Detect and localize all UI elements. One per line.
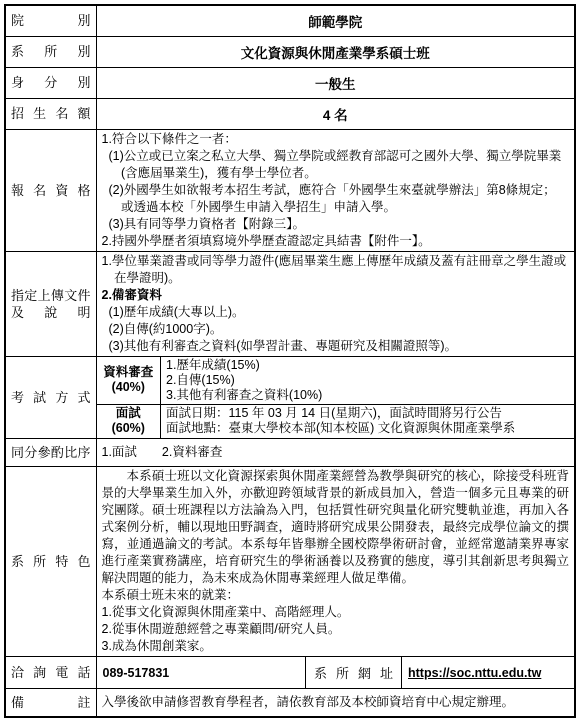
qualification-label: 報名資格 bbox=[5, 129, 96, 251]
features-paragraph: 本系碩士班以文化資源探索與休閒產業經營為教學與研究的核心，除接受科班背景的大學畢… bbox=[102, 468, 570, 587]
quota-value: 4 名 bbox=[96, 98, 575, 129]
contact-subtable: 089-517831 系所網址 https://soc.nttu.edu.tw bbox=[97, 657, 575, 688]
admission-table: 院別 師範學院 系所別 文化資源與休閒產業學系碩士班 身分別 一般生 招生名額 … bbox=[4, 4, 576, 718]
upload-documents-label: 指定上傳文件 及說明 bbox=[5, 251, 96, 356]
row-exam-method: 考試方式 資料審查 (40%) 1.歷年成績(15%) 2.自傳(15%) 3.… bbox=[5, 356, 575, 439]
features-label: 系所特色 bbox=[5, 467, 96, 657]
exam-interview-subrow: 面試 (60%) 面試日期：115 年 03 月 14 日(星期六)，面試時間將… bbox=[97, 404, 575, 438]
qualification-text: 1.符合以下條件之一者： (1)公立或已立案之私立大學、獨立學院或經教育部認可之… bbox=[102, 131, 570, 250]
row-department: 系所別 文化資源與休閒產業學系碩士班 bbox=[5, 36, 575, 67]
row-upload-documents: 指定上傳文件 及說明 1.學位畢業證書或同等學力證件(應屆畢業生應上傳歷年成績及… bbox=[5, 251, 575, 356]
remarks-text: 入學後欲申請修習教育學程者，請依教育部及本校師資培育中心規定辦理。 bbox=[96, 689, 575, 717]
website-label: 系所網址 bbox=[306, 657, 402, 688]
exam-method-label: 考試方式 bbox=[5, 356, 96, 439]
exam-method-cell: 資料審查 (40%) 1.歷年成績(15%) 2.自傳(15%) 3.其他有利審… bbox=[96, 356, 575, 439]
exam-method-subtable: 資料審查 (40%) 1.歷年成績(15%) 2.自傳(15%) 3.其他有利審… bbox=[97, 357, 575, 439]
department-value: 文化資源與休閒產業學系碩士班 bbox=[96, 36, 575, 67]
row-features: 系所特色 本系碩士班以文化資源探索與休閒產業經營為教學與研究的核心，除接受科班背… bbox=[5, 467, 575, 657]
exam-interview-weight-label: 面試 (60%) bbox=[97, 404, 161, 438]
identity-value: 一般生 bbox=[96, 67, 575, 98]
exam-interview-info: 面試日期：115 年 03 月 14 日(星期六)，面試時間將另行公告 面試地點… bbox=[161, 404, 575, 438]
college-label: 院別 bbox=[5, 5, 96, 36]
contact-phone-value: 089-517831 bbox=[97, 657, 306, 688]
row-college: 院別 師範學院 bbox=[5, 5, 575, 36]
admission-info-sheet: 院別 師範學院 系所別 文化資源與休閒產業學系碩士班 身分別 一般生 招生名額 … bbox=[0, 0, 580, 700]
exam-review-subrow: 資料審查 (40%) 1.歷年成績(15%) 2.自傳(15%) 3.其他有利審… bbox=[97, 357, 575, 405]
college-value: 師範學院 bbox=[96, 5, 575, 36]
contact-phone-label: 洽詢電話 bbox=[5, 657, 96, 689]
row-contact: 洽詢電話 089-517831 系所網址 https://soc.nttu.ed… bbox=[5, 657, 575, 689]
features-careers-title: 本系碩士班未來的就業： bbox=[102, 587, 570, 604]
exam-review-items: 1.歷年成績(15%) 2.自傳(15%) 3.其他有利審查之資料(10%) bbox=[161, 357, 575, 405]
tiebreak-label: 同分參酌比序 bbox=[5, 439, 96, 467]
row-tiebreak: 同分參酌比序 1.面試 2.資料審查 bbox=[5, 439, 575, 467]
features-careers-list: 1.從事文化資源與休閒產業中、高階經理人。 2.從事休閒遊憩經營之專業顧問/研究… bbox=[102, 604, 570, 655]
upload-documents-items: (1)歷年成績(大專以上)。 (2)自傳(約1000字)。 (3)其他有利審查之… bbox=[102, 304, 570, 355]
upload-documents-cell: 1.學位畢業證書或同等學力證件(應屆畢業生應上傳歷年成績及蓋有註冊章之學生證或 … bbox=[96, 251, 575, 356]
tiebreak-value: 1.面試 2.資料審查 bbox=[96, 439, 575, 467]
website-link[interactable]: https://soc.nttu.edu.tw bbox=[408, 666, 541, 680]
identity-label: 身分別 bbox=[5, 67, 96, 98]
website-url-cell: https://soc.nttu.edu.tw bbox=[402, 657, 575, 688]
row-quota: 招生名額 4 名 bbox=[5, 98, 575, 129]
features-cell: 本系碩士班以文化資源探索與休閒產業經營為教學與研究的核心，除接受科班背景的大學畢… bbox=[96, 467, 575, 657]
upload-documents-heading: 2.備審資料 bbox=[102, 287, 570, 304]
contact-cell: 089-517831 系所網址 https://soc.nttu.edu.tw bbox=[96, 657, 575, 689]
row-qualification: 報名資格 1.符合以下條件之一者： (1)公立或已立案之私立大學、獨立學院或經教… bbox=[5, 129, 575, 251]
row-remarks: 備註 入學後欲申請修習教育學程者，請依教育部及本校師資培育中心規定辦理。 bbox=[5, 689, 575, 717]
row-identity: 身分別 一般生 bbox=[5, 67, 575, 98]
remarks-label: 備註 bbox=[5, 689, 96, 717]
department-label: 系所別 bbox=[5, 36, 96, 67]
exam-review-weight-label: 資料審查 (40%) bbox=[97, 357, 161, 405]
qualification-text-cell: 1.符合以下條件之一者： (1)公立或已立案之私立大學、獨立學院或經教育部認可之… bbox=[96, 129, 575, 251]
upload-documents-line1: 1.學位畢業證書或同等學力證件(應屆畢業生應上傳歷年成績及蓋有註冊章之學生證或 … bbox=[102, 253, 570, 287]
quota-label: 招生名額 bbox=[5, 98, 96, 129]
